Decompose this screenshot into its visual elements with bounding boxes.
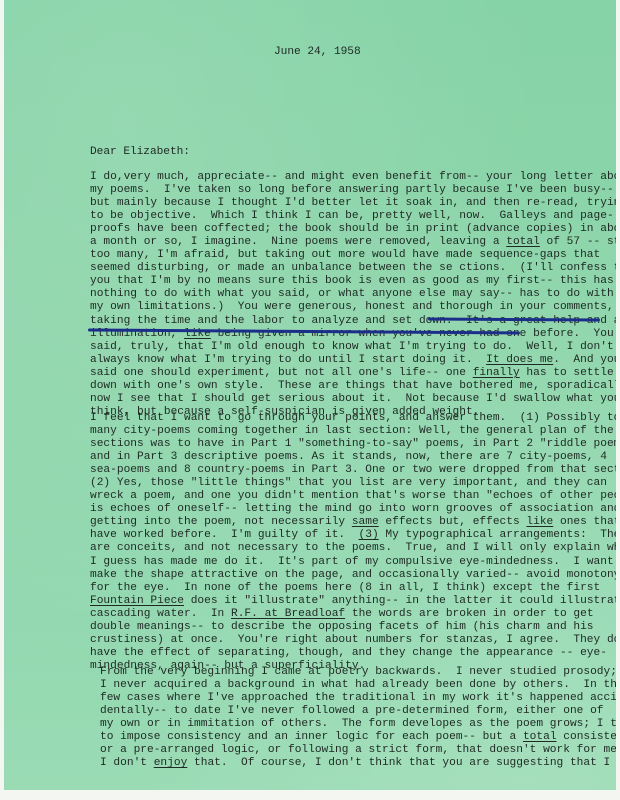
text-line: I never acquired a background in what ha… — [100, 679, 616, 692]
text-line: and in Part 3 descriptive poems. As it s… — [90, 451, 616, 464]
text-line: (2) Yes, those "little things" that you … — [90, 477, 616, 490]
text-line: seemed disturbing, or made an unbalance … — [90, 262, 616, 275]
letter-date: June 24, 1958 — [274, 46, 361, 59]
paragraph-1: I do,very much, appreciate-- and might e… — [90, 171, 616, 419]
text-line: I do,very much, appreciate-- and might e… — [90, 171, 616, 184]
text-line: cascading water. In R.F. at Breadloaf th… — [90, 608, 616, 621]
text-line: too many, I'm afraid, but taking out mor… — [90, 249, 616, 262]
text-line: for the eye. In none of the poems here (… — [90, 582, 616, 595]
text-line: I feel that I want to go through your po… — [90, 412, 616, 425]
text-line: now I see that I should get serious abou… — [90, 393, 616, 406]
text-line: you that I'm by no means sure this book … — [90, 275, 616, 288]
text-line: are conceits, and not necessary to the p… — [90, 542, 616, 555]
salutation: Dear Elizabeth: — [90, 146, 190, 159]
text-line: always know what I'm trying to do until … — [90, 354, 616, 367]
text-line: Fountain Piece does it "illustrate" anyt… — [90, 595, 616, 608]
text-line: many city-poems coming together in last … — [90, 425, 616, 438]
text-line: dentally-- to date I've never followed a… — [100, 705, 616, 718]
text-line: I guess has made me do it. It's part of … — [90, 556, 616, 569]
text-line: I don't enjoy that. Of course, I don't t… — [100, 757, 616, 770]
text-line: double meanings-- to describe the opposi… — [90, 621, 616, 634]
text-line: my poems. I've taken so long before answ… — [90, 184, 616, 197]
text-line: to be objective. Which I think I can be,… — [90, 210, 616, 223]
text-line: getting into the poem, not necessarily s… — [90, 516, 616, 529]
text-line: down with one's own style. These are thi… — [90, 380, 616, 393]
text-line: wreck a poem, and one you didn't mention… — [90, 490, 616, 503]
text-line: make the shape attractive on the page, a… — [90, 569, 616, 582]
text-line: sea-poems and 8 country-poems in Part 3.… — [90, 464, 616, 477]
text-line: From the very beginning I came at poetry… — [100, 666, 616, 679]
text-line: is echoes of oneself-- letting the mind … — [90, 503, 616, 516]
text-line: my own limitations.) You were generous, … — [90, 301, 616, 314]
text-line: crustiness) at once. You're right about … — [90, 634, 616, 647]
text-line: few cases where I've approached the trad… — [100, 692, 616, 705]
text-line: said, truly, that I'm old enough to know… — [90, 341, 616, 354]
text-line: my own or in immitation of others. The f… — [100, 718, 616, 731]
text-line: but mainly because I thought I'd better … — [90, 197, 616, 210]
text-line: or a pre-arranged logic, or following a … — [100, 744, 616, 757]
paragraph-2: I feel that I want to go through your po… — [90, 412, 616, 673]
text-line: have the effect of separating, though, a… — [90, 647, 616, 660]
text-line: nothing to do with what you said, or wha… — [90, 288, 616, 301]
text-line: sections was to have in Part 1 "somethin… — [90, 438, 616, 451]
text-line: have worked before. I'm guilty of it. (3… — [90, 529, 616, 542]
letter-page: June 24, 1958 Dear Elizabeth: I do,very … — [4, 0, 616, 790]
text-line: said one should experiment, but not all … — [90, 367, 616, 380]
text-line: to impose consistency and an inner logic… — [100, 731, 616, 744]
text-line: proofs have been coffected; the book sho… — [90, 223, 616, 236]
paragraph-3: From the very beginning I came at poetry… — [100, 666, 616, 770]
text-line: a month or so, I imagine. Nine poems wer… — [90, 236, 616, 249]
